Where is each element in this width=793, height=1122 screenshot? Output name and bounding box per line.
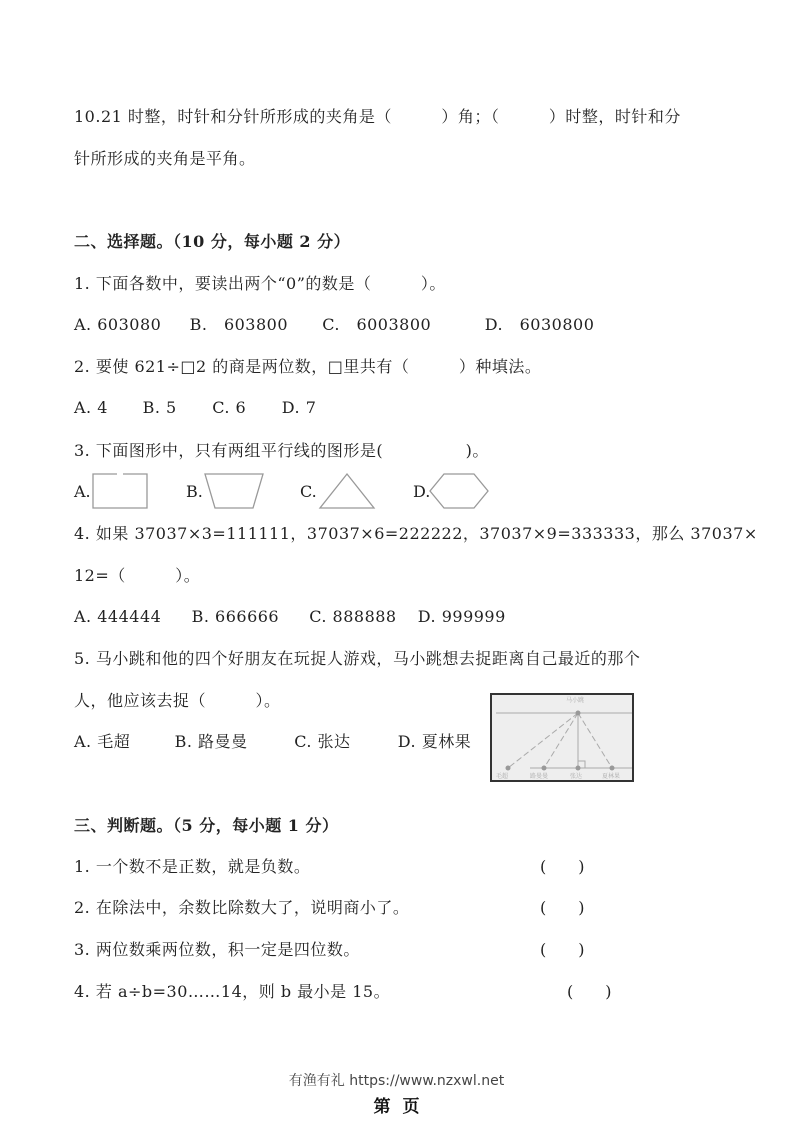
choice-q1-option-d[interactable]: D. 6030800 bbox=[485, 314, 595, 336]
choice-q5-option-a[interactable]: A. 毛超 bbox=[74, 731, 169, 753]
figure-label-zhang-da: 张达 bbox=[570, 771, 582, 780]
hexagon-icon bbox=[428, 472, 490, 510]
judge-item-1-answer[interactable]: ( ) bbox=[540, 856, 585, 878]
judge-item-4: 4. 若 a÷b=30……14，则 b 最小是 15。 bbox=[74, 981, 390, 1003]
choice-q5-option-b[interactable]: B. 路曼曼 bbox=[175, 731, 289, 753]
judge-item-3-answer[interactable]: ( ) bbox=[540, 939, 585, 961]
judge-item-3: 3. 两位数乘两位数，积一定是四位数。 bbox=[74, 939, 360, 961]
choice-q1-option-a[interactable]: A. 603080 bbox=[74, 314, 184, 336]
choice-q5-option-d[interactable]: D. 夏林果 bbox=[398, 731, 471, 753]
choice-q1-option-c[interactable]: C. 6003800 bbox=[322, 314, 479, 336]
fill-q10-line1: 10.21 时整，时针和分针所形成的夹角是（ ）角；（ ）时整，时针和分 bbox=[74, 106, 681, 128]
choice-q1-option-b[interactable]: B. 603800 bbox=[190, 314, 317, 336]
choice-q5-options: A. 毛超 B. 路曼曼 C. 张达 D. 夏林果 bbox=[74, 731, 471, 753]
choice-q4-option-c[interactable]: C. 888888 bbox=[309, 606, 412, 628]
choice-q4-options: A. 444444 B. 666666 C. 888888 D. 999999 bbox=[74, 606, 506, 628]
choice-q2-option-c[interactable]: C. 6 bbox=[212, 397, 276, 419]
choice-q2-option-b[interactable]: B. 5 bbox=[143, 397, 207, 419]
choice-q3-option-a-label: A. bbox=[74, 481, 91, 503]
choice-q5-stem-line2: 人，他应该去捉（ ）。 bbox=[74, 690, 281, 712]
figure-label-mao-chao: 毛超 bbox=[496, 771, 508, 780]
choice-q5-stem-line1: 5. 马小跳和他的四个好朋友在玩捉人游戏，马小跳想去捉距离自己最近的那个 bbox=[74, 648, 640, 670]
choice-q3-option-c-label: C. bbox=[300, 481, 317, 503]
judge-item-4-answer[interactable]: ( ) bbox=[567, 981, 612, 1003]
choice-q2-option-d[interactable]: D. 7 bbox=[282, 397, 317, 419]
figure-label-xia-linguo: 夏林果 bbox=[602, 771, 620, 780]
choice-q4-stem-line1: 4. 如果 37037×3=111111，37037×6=222222，3703… bbox=[74, 523, 758, 545]
judge-section-heading: 三、判断题。（5 分，每小题 1 分） bbox=[74, 815, 338, 837]
trapezoid-icon bbox=[203, 472, 265, 510]
catch-game-figure: 马小跳 毛超 路曼曼 张达 夏林果 bbox=[490, 693, 634, 782]
choice-q3-stem: 3. 下面图形中，只有两组平行线的图形是( )。 bbox=[74, 440, 489, 462]
choice-q4-option-a[interactable]: A. 444444 bbox=[74, 606, 186, 628]
choice-q3-option-b-label: B. bbox=[186, 481, 203, 503]
choice-q4-option-b[interactable]: B. 666666 bbox=[192, 606, 304, 628]
judge-item-2: 2. 在除法中，余数比除数大了，说明商小了。 bbox=[74, 897, 409, 919]
choice-q1-options: A. 603080 B. 603800 C. 6003800 D. 603080… bbox=[74, 314, 594, 336]
choice-q2-option-a[interactable]: A. 4 bbox=[74, 397, 137, 419]
distance-diagram bbox=[492, 695, 632, 780]
rectangle-icon bbox=[91, 472, 149, 510]
figure-label-ma-xiaotiao: 马小跳 bbox=[566, 695, 584, 704]
choice-q5-option-c[interactable]: C. 张达 bbox=[294, 731, 392, 753]
judge-item-1: 1. 一个数不是正数，就是负数。 bbox=[74, 856, 310, 878]
triangle-icon bbox=[318, 472, 376, 510]
judge-item-2-answer[interactable]: ( ) bbox=[540, 897, 585, 919]
choice-section-heading: 二、选择题。（10 分，每小题 2 分） bbox=[74, 231, 350, 253]
fill-q10-line2: 针所形成的夹角是平角。 bbox=[74, 148, 256, 170]
choice-q4-stem-line2: 12=（ ）。 bbox=[74, 565, 200, 587]
choice-q2-options: A. 4 B. 5 C. 6 D. 7 bbox=[74, 397, 316, 419]
figure-label-lu-manman: 路曼曼 bbox=[530, 771, 548, 780]
footer-source-link[interactable]: 有渔有礼 https://www.nzxwl.net bbox=[0, 1070, 793, 1090]
choice-q2-stem: 2. 要使 621÷□2 的商是两位数，□里共有（ ）种填法。 bbox=[74, 356, 541, 378]
page-number-label: 第 页 bbox=[0, 1092, 793, 1117]
choice-q4-option-d[interactable]: D. 999999 bbox=[418, 606, 506, 628]
choice-q1-stem: 1. 下面各数中，要读出两个“0”的数是（ ）。 bbox=[74, 273, 446, 295]
